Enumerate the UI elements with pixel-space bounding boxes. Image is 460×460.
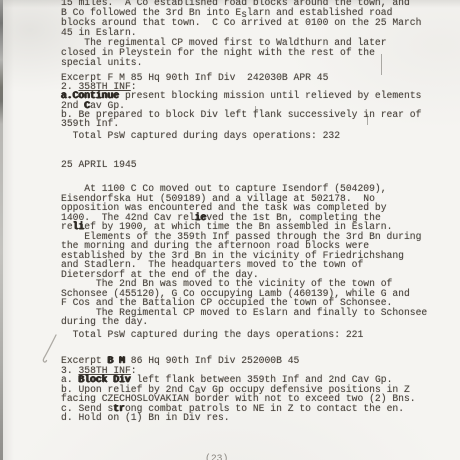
typed-text-layer: 15 miles. A Co established road blocks a…: [0, 0, 460, 460]
dropped-letter-text: a: [195, 385, 201, 396]
paragraph-25-april: At 1100 C Co moved out to capture Isendo…: [61, 184, 427, 327]
typed-text: Total PsW captured during days operation…: [61, 130, 340, 141]
typed-text: Total PsW captured during the days opera…: [61, 329, 363, 340]
scan-artifact-line: [381, 54, 382, 75]
pencil-margin-mark: [34, 332, 62, 366]
scan-artifact-line: [255, 106, 256, 118]
scan-artifact-line: [367, 114, 368, 125]
typed-text: present blocking mission until relieved …: [119, 90, 421, 101]
dropped-letter-text: s: [241, 9, 247, 20]
paragraph-24-march: 15 miles. A Co established road blocks a…: [61, 0, 421, 68]
excerpt-fm-86: Excerpt B M 86 Hq 90th Inf Div 252000B 4…: [61, 356, 416, 423]
typed-line: d. Hold on (1) Bn in Div res.: [61, 413, 416, 423]
typed-text: special units.: [61, 57, 142, 68]
typed-text: during the day.: [61, 316, 148, 327]
document-page: 15 miles. A Co established road blocks a…: [0, 0, 460, 460]
typed-line: Total PsW captured during the days opera…: [61, 330, 363, 340]
typed-text: d. Hold on (1) Bn in Div res.: [61, 412, 230, 423]
typed-line: 25 APRIL 1945: [61, 160, 137, 170]
typed-text: 359th Inf.: [61, 118, 119, 129]
typed-line: Total PsW captured during days operation…: [61, 131, 340, 141]
psw-total-232: Total PsW captured during days operation…: [61, 131, 340, 141]
psw-total-221: Total PsW captured during the days opera…: [61, 330, 363, 340]
typed-text: 25 APRIL 1945: [61, 159, 137, 170]
typed-line: during the day.: [61, 317, 427, 327]
page-number: (23): [205, 453, 228, 460]
scanned-document-screenshot: 15 miles. A Co established road blocks a…: [0, 0, 460, 460]
date-heading-25-april-1945: 25 APRIL 1945: [61, 160, 137, 170]
typed-text: 86 Hq 90th Inf Div 252000B 45: [125, 355, 299, 366]
typed-line: special units.: [61, 58, 421, 68]
